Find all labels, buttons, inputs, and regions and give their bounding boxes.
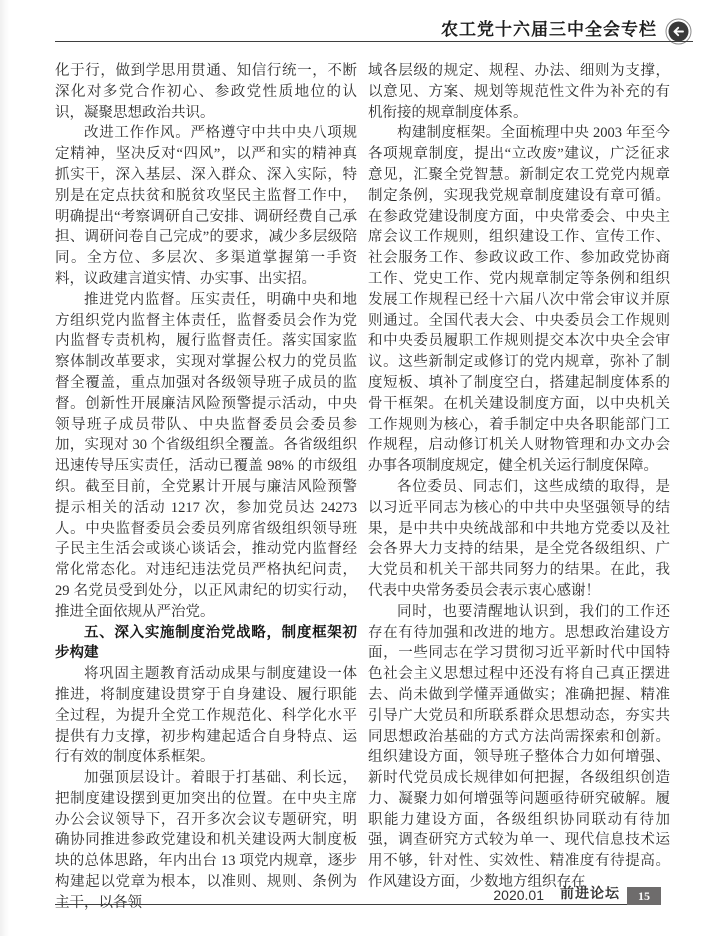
paragraph: 推进党内监督。压实责任，明确中央和地方组织党内监督主体责任，监督委员会作为党内监…: [55, 290, 357, 623]
header-title: 农工党十六届三中全会专栏: [441, 17, 657, 43]
footer-rule: [55, 904, 627, 905]
left-column: 化于行，做到学思用贯通、知信行统一，不断深化对多党合作初心、参政党性质地位的认识…: [55, 61, 357, 914]
section-heading: 五、深入实施制度治党战略，制度框架初步构建: [55, 623, 357, 665]
footer-journal-name: 前进论坛: [560, 886, 620, 904]
page-number-badge: 15: [627, 887, 661, 905]
header-rule: [55, 41, 693, 42]
paragraph: 构建制度框架。全面梳理中央 2003 年至今各项规章制度，提出“立改废”建议，广…: [368, 123, 670, 477]
scan-shadow: [0, 0, 9, 936]
arrow-left-circle-icon: [665, 18, 692, 50]
footer-issue: 2020.01: [493, 886, 544, 904]
page: 农工党十六届三中全会专栏 化于行，做到学思用贯通、知信行统一，不断深化对多党合作…: [0, 0, 724, 936]
paragraph: 域各层级的规定、规程、办法、细则为支撑，以意见、方案、规划等规范性文件为补充的有…: [368, 61, 670, 123]
paragraph: 加强顶层设计。着眼于打基础、利长远，把制度建设摆到更加突出的位置。在中央主席办公…: [55, 768, 357, 914]
paragraph: 同时，也要清醒地认识到，我们的工作还存在有待加强和改进的地方。思想政治建设方面，…: [368, 602, 670, 893]
paragraph: 改进工作作风。严格遵守中共中央八项规定精神，坚决反对“四风”，以严和实的精神真抓…: [55, 123, 357, 289]
paragraph: 化于行，做到学思用贯通、知信行统一，不断深化对多党合作初心、参政党性质地位的认识…: [55, 61, 357, 123]
right-column: 域各层级的规定、规程、办法、细则为支撑，以意见、方案、规划等规范性文件为补充的有…: [368, 61, 670, 893]
paragraph: 各位委员、同志们，这些成绩的取得，是以习近平同志为核心的中共中央坚强领导的结果，…: [368, 477, 670, 602]
page-footer: 2020.01 前进论坛: [493, 886, 620, 904]
paragraph: 将巩固主题教育活动成果与制度建设一体推进，将制度建设贯穿于自身建设、履行职能全过…: [55, 664, 357, 768]
